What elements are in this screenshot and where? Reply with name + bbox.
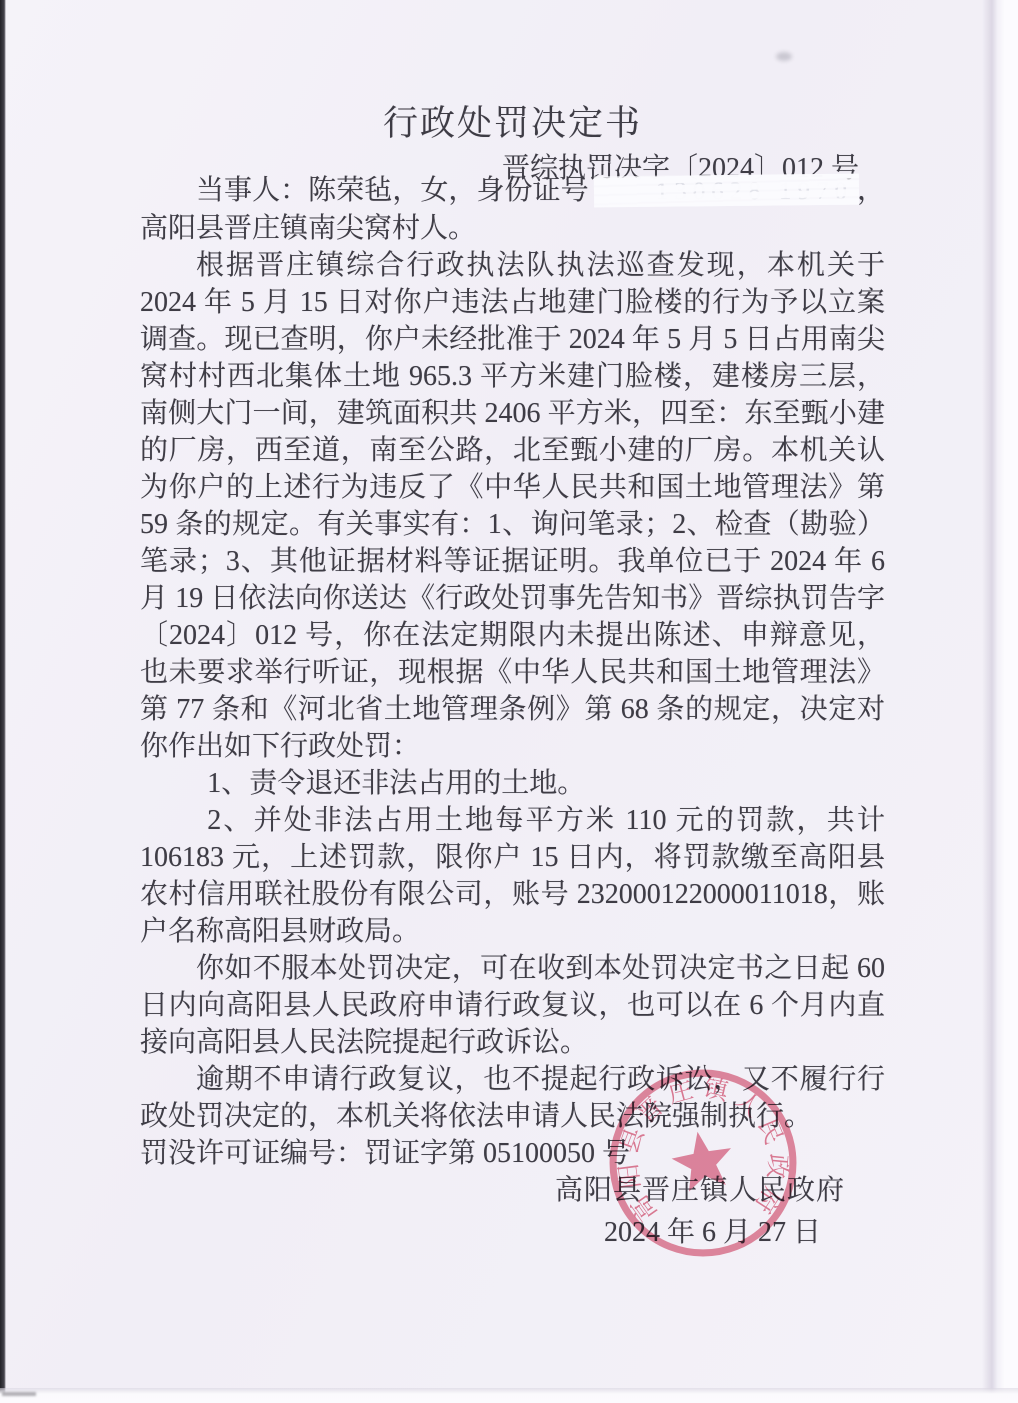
scan-edge-left <box>0 0 6 1403</box>
scan-smudge <box>776 52 792 61</box>
paragraph-penalty-2: 2、并处非法占用土地每平方米 110 元的罚款，共计 106183 元，上述罚款… <box>140 802 885 950</box>
scan-edge-right <box>1004 0 1018 1403</box>
paragraph-penalty-1: 1、责令退还非法占用的土地。 <box>140 765 885 802</box>
scan-edge-bottom <box>0 1388 1018 1403</box>
paragraph-facts: 根据晋庄镇综合行政执法队执法巡查发现，本机关于 2024 年 5 月 15 日对… <box>140 247 885 765</box>
scan-smudge-bottom <box>2 1392 36 1396</box>
party-prefix: 当事人：陈荣毡，女，身份证号 <box>196 175 596 206</box>
document-body: 当事人：陈荣毡，女，身份证号 130628 1970，高阳县晋庄镇南尖窝村人。 … <box>140 172 885 1172</box>
official-seal: 高阳县晋庄镇人民政府 <box>606 1066 800 1260</box>
id-number-redacted: 130628 1970 <box>596 173 857 210</box>
paragraph-party: 当事人：陈荣毡，女，身份证号 130628 1970，高阳县晋庄镇南尖窝村人。 <box>140 172 885 247</box>
paragraph-appeal: 你如不服本处罚决定，可在收到本处罚决定书之日起 60 日内向高阳县人民政府申请行… <box>140 950 885 1061</box>
document-title: 行政处罚决定书 <box>140 96 885 146</box>
scanned-page: 行政处罚决定书 晋综执罚决字〔2024〕012 号 当事人：陈荣毡，女，身份证号… <box>0 0 1018 1403</box>
page-fold-shadow <box>982 0 1004 1403</box>
star-icon <box>668 1126 737 1193</box>
